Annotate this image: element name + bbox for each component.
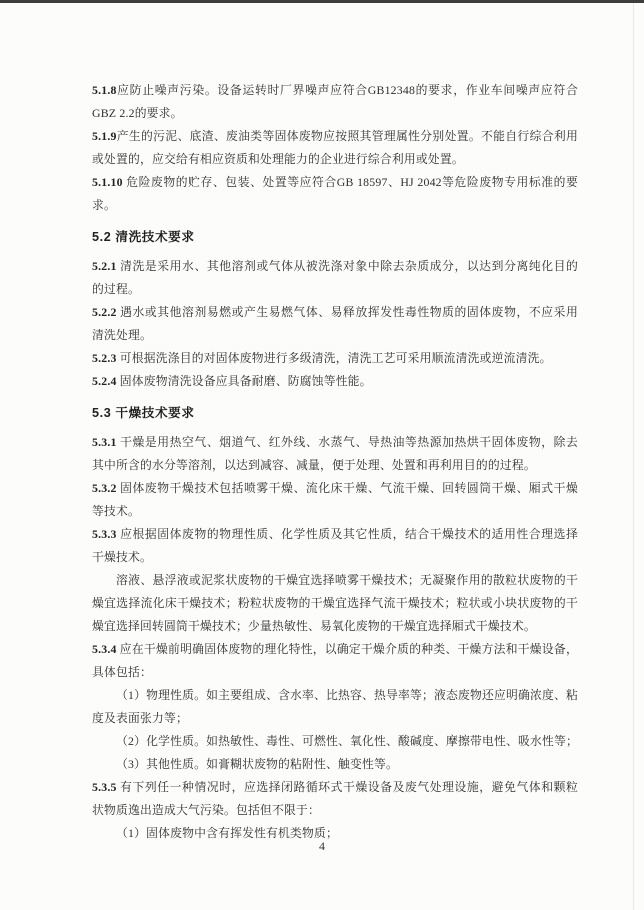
clause-line: 5.1.10 危险废物的贮存、包装、处置等应符合GB 18597、HJ 2042… [92, 171, 578, 194]
clause-line: （2）化学性质。如热敏性、毒性、可燃性、氧化性、酸碱度、摩擦带电性、吸水性等； [92, 730, 578, 753]
clause-line: 干燥技术。 [92, 546, 578, 569]
page-number: 4 [319, 839, 325, 853]
clause-line: 5.3.2 固体废物干燥技术包括喷雾干燥、流化床干燥、气流干燥、回转圆筒干燥、厢… [92, 477, 578, 500]
clause-line: 求。 [92, 194, 578, 217]
clause-line: （1）物理性质。如主要组成、含水率、比热容、热导率等；液态废物还应明确浓度、粘 [92, 684, 578, 707]
document-page: 5.1.8应防止噪声污染。设备运转时厂界噪声应符合GB12348的要求，作业车间… [0, 0, 644, 910]
clause-line: 或处置的，应交给有相应资质和处理能力的企业进行综合利用或处置。 [92, 148, 578, 171]
clause-line: 度及表面张力等； [92, 707, 578, 730]
clause-line: 5.2.1 清洗是采用水、其他溶剂或气体从被洗涤对象中除去杂质成分，以达到分离纯… [92, 255, 578, 278]
clause-number: 5.1.10 [92, 175, 123, 189]
clause-line: 5.2.3 可根据洗涤目的对固体废物进行多级清洗，清洗工艺可采用顺流清洗或逆流清… [92, 347, 578, 370]
section-heading: 5.2 清洗技术要求 [92, 226, 578, 249]
clause-number: 5.3.5 [92, 780, 117, 794]
clause-number: 5.1.9 [92, 129, 117, 143]
clause-line: 5.3.4 应在干燥前明确固体废物的理化特性，以确定干燥介质的种类、干燥方法和干… [92, 638, 578, 661]
clause-line: 溶液、悬浮液或泥浆状废物的干燥宜选择喷雾干燥技术；无凝聚作用的散粒状废物的干 [92, 569, 578, 592]
scan-edge-top [0, 0, 644, 3]
clause-line: GBZ 2.2的要求。 [92, 102, 578, 125]
clause-line: 的过程。 [92, 278, 578, 301]
clause-line: 状物质逸出造成大气污染。包括但不限于： [92, 799, 578, 822]
clause-number: 5.3.3 [92, 527, 117, 541]
clause-line: 5.1.8应防止噪声污染。设备运转时厂界噪声应符合GB12348的要求，作业车间… [92, 79, 578, 102]
clause-line: 其中所含的水分等溶剂，以达到减容、减量，便于处理、处置和再利用目的的过程。 [92, 454, 578, 477]
clause-line: 燥宜选择回转圆筒干燥技术；少量热敏性、易氧化废物的干燥宜选择厢式干燥技术。 [92, 615, 578, 638]
page-footer: 4 [0, 838, 644, 854]
clause-line: 5.3.5 有下列任一种情况时，应选择闭路循环式干燥设备及废气处理设施，避免气体… [92, 776, 578, 799]
clause-number: 5.2 [92, 230, 111, 244]
clause-line: 5.2.4 固体废物清洗设备应具备耐磨、防腐蚀等性能。 [92, 370, 578, 393]
clause-number: 5.2.2 [92, 305, 117, 319]
clause-line: 5.2.2 遇水或其他溶剂易燃或产生易燃气体、易释放挥发性毒性物质的固体废物，不… [92, 301, 578, 324]
section-heading: 5.3 干燥技术要求 [92, 402, 578, 425]
clause-line: 5.1.9产生的污泥、底渣、废油类等固体废物应按照其管理属性分别处置。不能自行综… [92, 125, 578, 148]
clause-line: 具体包括： [92, 661, 578, 684]
clause-number: 5.3.4 [92, 642, 117, 656]
clause-line: （3）其他性质。如膏糊状废物的粘附性、触变性等。 [92, 753, 578, 776]
clause-number: 5.3.1 [92, 435, 117, 449]
clause-line: 5.3.1 干燥是用热空气、烟道气、红外线、水蒸气、导热油等热源加热烘干固体废物… [92, 431, 578, 454]
scan-edge-right [633, 3, 634, 910]
clause-number: 5.3 [92, 406, 111, 420]
clause-number: 5.2.3 [92, 351, 117, 365]
document-content: 5.1.8应防止噪声污染。设备运转时厂界噪声应符合GB12348的要求，作业车间… [92, 79, 578, 845]
clause-number: 5.2.1 [92, 259, 117, 273]
clause-number: 5.2.4 [92, 374, 117, 388]
clause-number: 5.1.8 [92, 83, 117, 97]
clause-line: 燥宜选择流化床干燥技术；粉粒状废物的干燥宜选择气流干燥技术；粒状或小块状废物的干 [92, 592, 578, 615]
clause-number: 5.3.2 [92, 481, 117, 495]
clause-line: 5.3.3 应根据固体废物的物理性质、化学性质及其它性质，结合干燥技术的适用性合… [92, 523, 578, 546]
clause-line: 清洗处理。 [92, 324, 578, 347]
clause-line: 等技术。 [92, 500, 578, 523]
